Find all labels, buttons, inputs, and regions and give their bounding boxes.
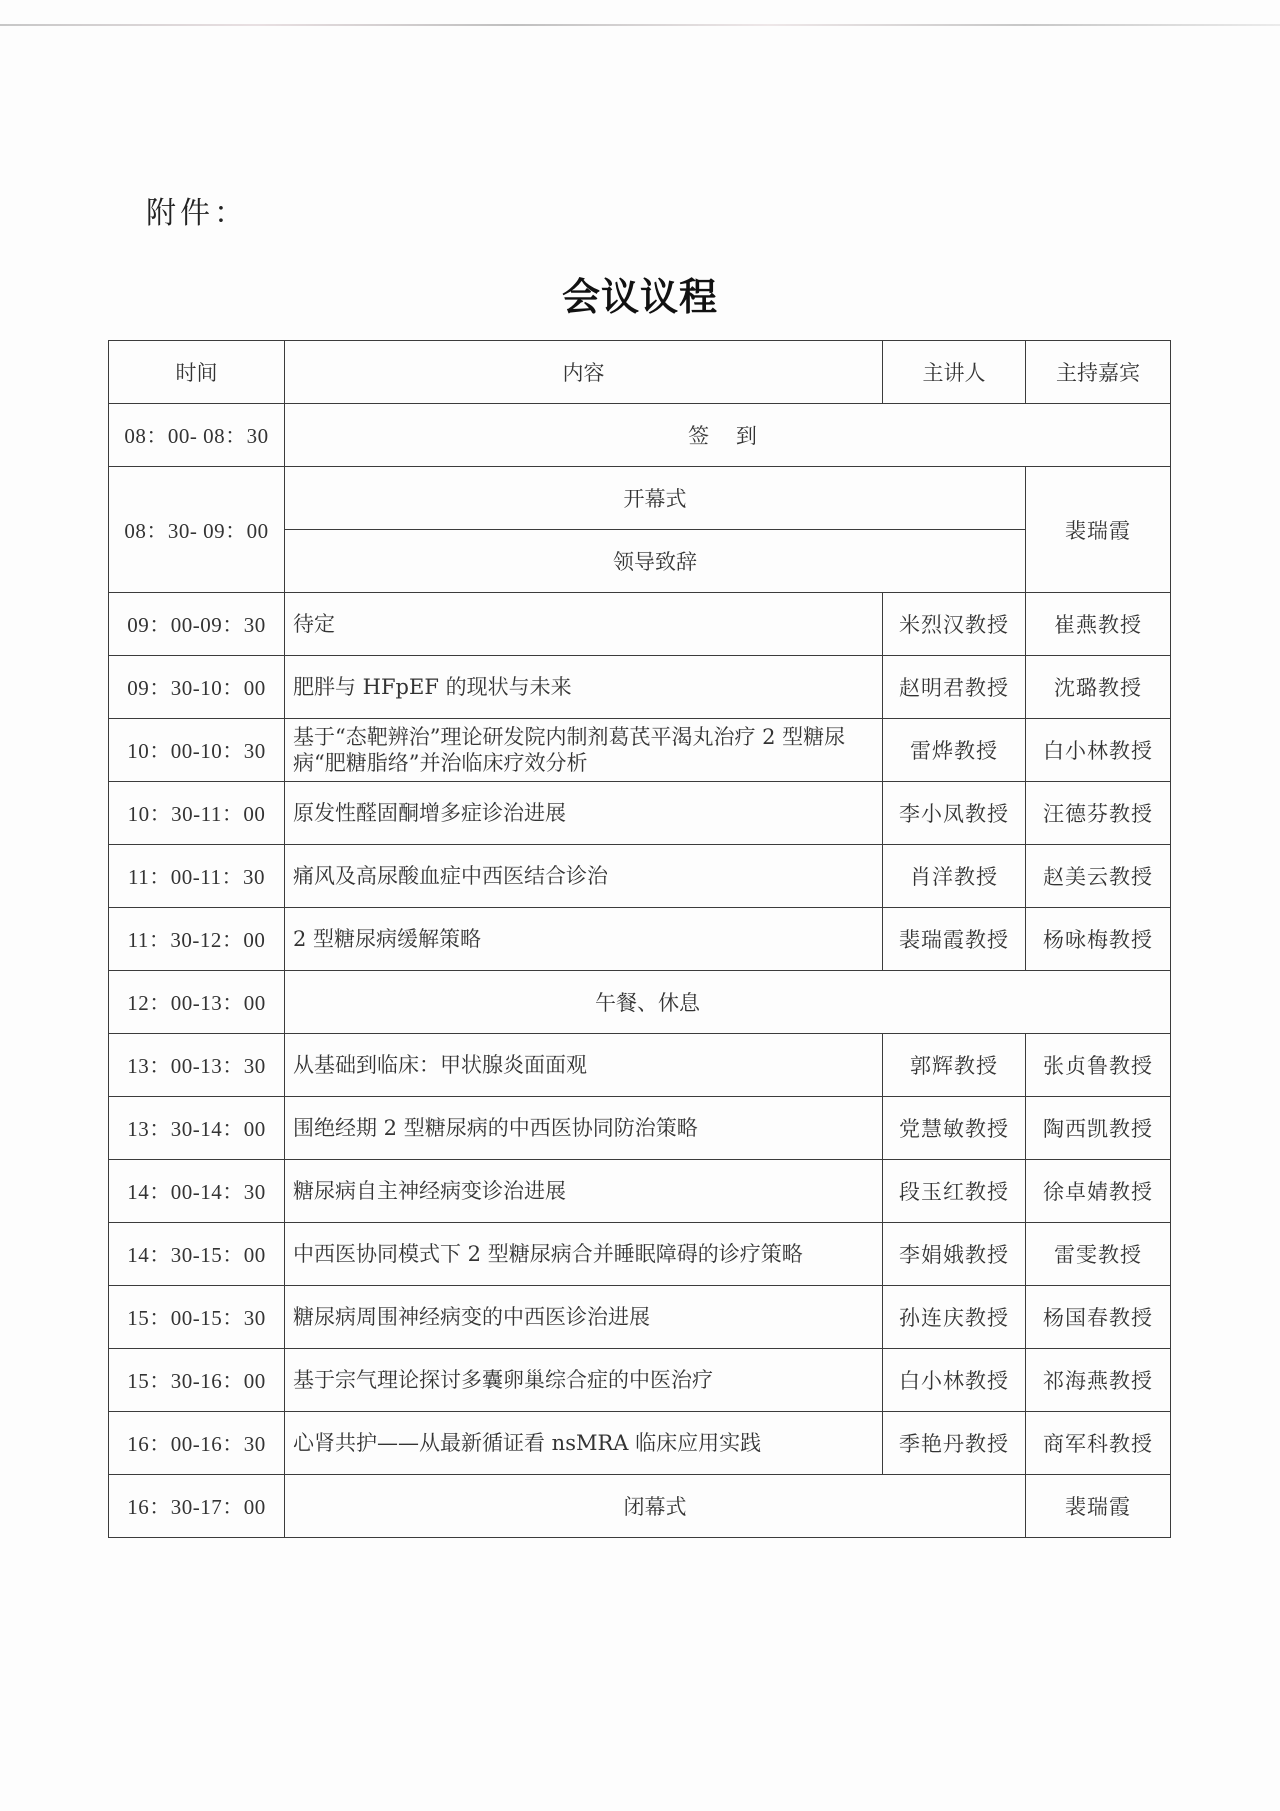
- time-cell: 15：00-15：30: [109, 1286, 285, 1349]
- host-cell: 徐卓婧教授: [1026, 1160, 1171, 1223]
- content-cell-opening: 开幕式: [285, 467, 1026, 530]
- table-row: 10：00-10：30 基于“态靶辨治”理论研发院内制剂葛芪平渴丸治疗 2 型糖…: [109, 719, 1171, 782]
- table-row: 10：30-11：00 原发性醛固酮增多症诊治进展 李小凤教授 汪德芬教授: [109, 782, 1171, 845]
- table-row-registration: 08：00- 08：30 签 到: [109, 404, 1171, 467]
- time-cell: 14：00-14：30: [109, 1160, 285, 1223]
- host-cell: 崔燕教授: [1026, 593, 1171, 656]
- speaker-cell: 段玉红教授: [883, 1160, 1026, 1223]
- header-speaker: 主讲人: [883, 341, 1026, 404]
- content-cell: 基于宗气理论探讨多囊卵巢综合症的中医治疗: [285, 1349, 883, 1412]
- speaker-cell: 白小林教授: [883, 1349, 1026, 1412]
- content-cell: 痛风及高尿酸血症中西医结合诊治: [285, 845, 883, 908]
- speaker-cell: 肖洋教授: [883, 845, 1026, 908]
- time-cell: 08：00- 08：30: [109, 404, 285, 467]
- host-cell: 白小林教授: [1026, 719, 1171, 782]
- time-cell: 16：00-16：30: [109, 1412, 285, 1475]
- host-cell: 裴瑞霞: [1026, 467, 1171, 593]
- table-row-closing: 16：30-17：00 闭幕式 裴瑞霞: [109, 1475, 1171, 1538]
- host-cell: 赵美云教授: [1026, 845, 1171, 908]
- table-row: 11：30-12：00 2 型糖尿病缓解策略 裴瑞霞教授 杨咏梅教授: [109, 908, 1171, 971]
- content-cell: 从基础到临床：甲状腺炎面面观: [285, 1034, 883, 1097]
- time-cell: 11：30-12：00: [109, 908, 285, 971]
- host-cell: 汪德芬教授: [1026, 782, 1171, 845]
- content-cell: 糖尿病周围神经病变的中西医诊治进展: [285, 1286, 883, 1349]
- host-cell: 祁海燕教授: [1026, 1349, 1171, 1412]
- content-cell: 心肾共护——从最新循证看 nsMRA 临床应用实践: [285, 1412, 883, 1475]
- speaker-cell: 李娟娥教授: [883, 1223, 1026, 1286]
- table-row-opening: 08：30- 09：00 开幕式 裴瑞霞: [109, 467, 1171, 530]
- header-host: 主持嘉宾: [1026, 341, 1171, 404]
- content-cell: 肥胖与 HFpEF 的现状与未来: [285, 656, 883, 719]
- speaker-cell: 雷烨教授: [883, 719, 1026, 782]
- speaker-cell: 孙连庆教授: [883, 1286, 1026, 1349]
- time-cell: 09：30-10：00: [109, 656, 285, 719]
- host-cell: 裴瑞霞: [1026, 1475, 1171, 1538]
- speaker-cell: 郭辉教授: [883, 1034, 1026, 1097]
- table-row: 09：30-10：00 肥胖与 HFpEF 的现状与未来 赵明君教授 沈璐教授: [109, 656, 1171, 719]
- host-cell: 杨咏梅教授: [1026, 908, 1171, 971]
- table-row: 15：00-15：30 糖尿病周围神经病变的中西医诊治进展 孙连庆教授 杨国春教…: [109, 1286, 1171, 1349]
- time-cell: 10：00-10：30: [109, 719, 285, 782]
- content-cell: 待定: [285, 593, 883, 656]
- table-row: 14：30-15：00 中西医协同模式下 2 型糖尿病合并睡眠障碍的诊疗策略 李…: [109, 1223, 1171, 1286]
- table-row: 16：00-16：30 心肾共护——从最新循证看 nsMRA 临床应用实践 季艳…: [109, 1412, 1171, 1475]
- content-cell: 午餐、休息: [285, 971, 1171, 1034]
- host-cell: 商军科教授: [1026, 1412, 1171, 1475]
- time-cell: 15：30-16：00: [109, 1349, 285, 1412]
- header-time: 时间: [109, 341, 285, 404]
- page-title: 会议议程: [0, 266, 1280, 321]
- table-row: 09：00-09：30 待定 米烈汉教授 崔燕教授: [109, 593, 1171, 656]
- time-cell: 13：00-13：30: [109, 1034, 285, 1097]
- host-cell: 杨国春教授: [1026, 1286, 1171, 1349]
- speaker-cell: 米烈汉教授: [883, 593, 1026, 656]
- speaker-cell: 季艳丹教授: [883, 1412, 1026, 1475]
- time-cell: 13：30-14：00: [109, 1097, 285, 1160]
- content-cell-speech: 领导致辞: [285, 530, 1026, 593]
- attachment-label: 附件：: [146, 188, 248, 232]
- table-row: 13：00-13：30 从基础到临床：甲状腺炎面面观 郭辉教授 张贞鲁教授: [109, 1034, 1171, 1097]
- time-cell: 11：00-11：30: [109, 845, 285, 908]
- speaker-cell: 李小凤教授: [883, 782, 1026, 845]
- table-row-lunch: 12：00-13：00 午餐、休息: [109, 971, 1171, 1034]
- content-cell: 签 到: [285, 404, 1171, 467]
- agenda-table: 时间 内容 主讲人 主持嘉宾 08：00- 08：30 签 到 08：30- 0…: [108, 340, 1171, 1538]
- content-cell: 糖尿病自主神经病变诊治进展: [285, 1160, 883, 1223]
- host-cell: 陶西凯教授: [1026, 1097, 1171, 1160]
- time-cell: 16：30-17：00: [109, 1475, 285, 1538]
- scan-artifact-line: [0, 24, 1280, 26]
- content-cell: 围绝经期 2 型糖尿病的中西医协同防治策略: [285, 1097, 883, 1160]
- table-row: 15：30-16：00 基于宗气理论探讨多囊卵巢综合症的中医治疗 白小林教授 祁…: [109, 1349, 1171, 1412]
- time-cell: 12：00-13：00: [109, 971, 285, 1034]
- table-row: 13：30-14：00 围绝经期 2 型糖尿病的中西医协同防治策略 党慧敏教授 …: [109, 1097, 1171, 1160]
- time-cell: 09：00-09：30: [109, 593, 285, 656]
- host-cell: 张贞鲁教授: [1026, 1034, 1171, 1097]
- header-content: 内容: [285, 341, 883, 404]
- content-cell: 基于“态靶辨治”理论研发院内制剂葛芪平渴丸治疗 2 型糖尿病“肥糖脂络”并治临床…: [285, 719, 883, 782]
- content-cell: 原发性醛固酮增多症诊治进展: [285, 782, 883, 845]
- content-cell: 2 型糖尿病缓解策略: [285, 908, 883, 971]
- host-cell: 雷雯教授: [1026, 1223, 1171, 1286]
- content-cell: 闭幕式: [285, 1475, 1026, 1538]
- time-cell: 14：30-15：00: [109, 1223, 285, 1286]
- table-row: 11：00-11：30 痛风及高尿酸血症中西医结合诊治 肖洋教授 赵美云教授: [109, 845, 1171, 908]
- speaker-cell: 赵明君教授: [883, 656, 1026, 719]
- content-cell: 中西医协同模式下 2 型糖尿病合并睡眠障碍的诊疗策略: [285, 1223, 883, 1286]
- time-cell: 08：30- 09：00: [109, 467, 285, 593]
- speaker-cell: 裴瑞霞教授: [883, 908, 1026, 971]
- time-cell: 10：30-11：00: [109, 782, 285, 845]
- speaker-cell: 党慧敏教授: [883, 1097, 1026, 1160]
- table-header-row: 时间 内容 主讲人 主持嘉宾: [109, 341, 1171, 404]
- table-row: 14：00-14：30 糖尿病自主神经病变诊治进展 段玉红教授 徐卓婧教授: [109, 1160, 1171, 1223]
- host-cell: 沈璐教授: [1026, 656, 1171, 719]
